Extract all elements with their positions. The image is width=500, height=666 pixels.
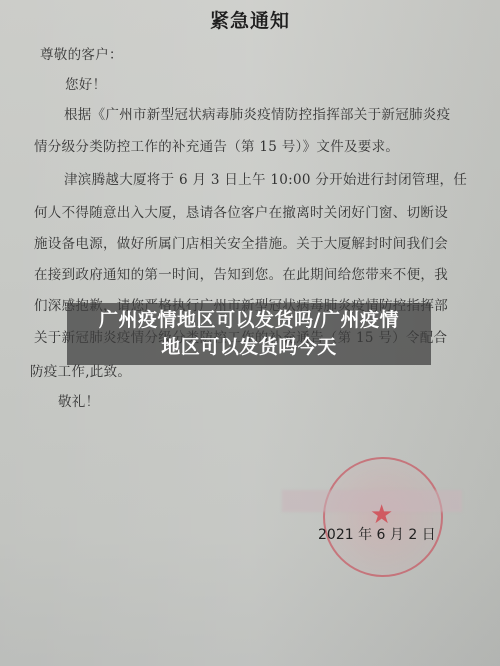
salutation: 尊敬的客户： xyxy=(40,43,123,63)
body-line: 在接到政府通知的第一时间，告知到您。在此期间给您带来不便，我 xyxy=(34,263,448,283)
document-title: 紧急通知 xyxy=(0,6,500,33)
caption-text: 广州疫情地区可以发货吗/广州疫情 地区可以发货吗今天 xyxy=(67,307,431,361)
body-line: 根据《广州市新型冠状病毒肺炎疫情防控指挥部关于新冠肺炎疫 xyxy=(64,103,450,123)
body-line: 施设备电源，做好所属门店相关安全措施。关于大厦解封时间我们会 xyxy=(34,232,448,252)
caption-line-1: 广州疫情地区可以发货吗/广州疫情 xyxy=(67,307,431,334)
closing: 敬礼！ xyxy=(58,390,99,410)
document-date: 2021 年 6 月 2 日 xyxy=(318,524,436,544)
body-line: 津滨腾越大厦将于 6 月 3 日上午 10:00 分开始进行封闭管理，任 xyxy=(64,168,467,188)
body-line: 何人不得随意出入大厦，恳请各位客户在撤离时关闭好门窗、切断设 xyxy=(34,201,448,221)
greeting: 您好！ xyxy=(65,73,106,93)
caption-line-2: 地区可以发货吗今天 xyxy=(67,334,431,361)
body-line: 情分级分类防控工作的补充通告（第 15 号）》文件及要求。 xyxy=(34,135,399,155)
